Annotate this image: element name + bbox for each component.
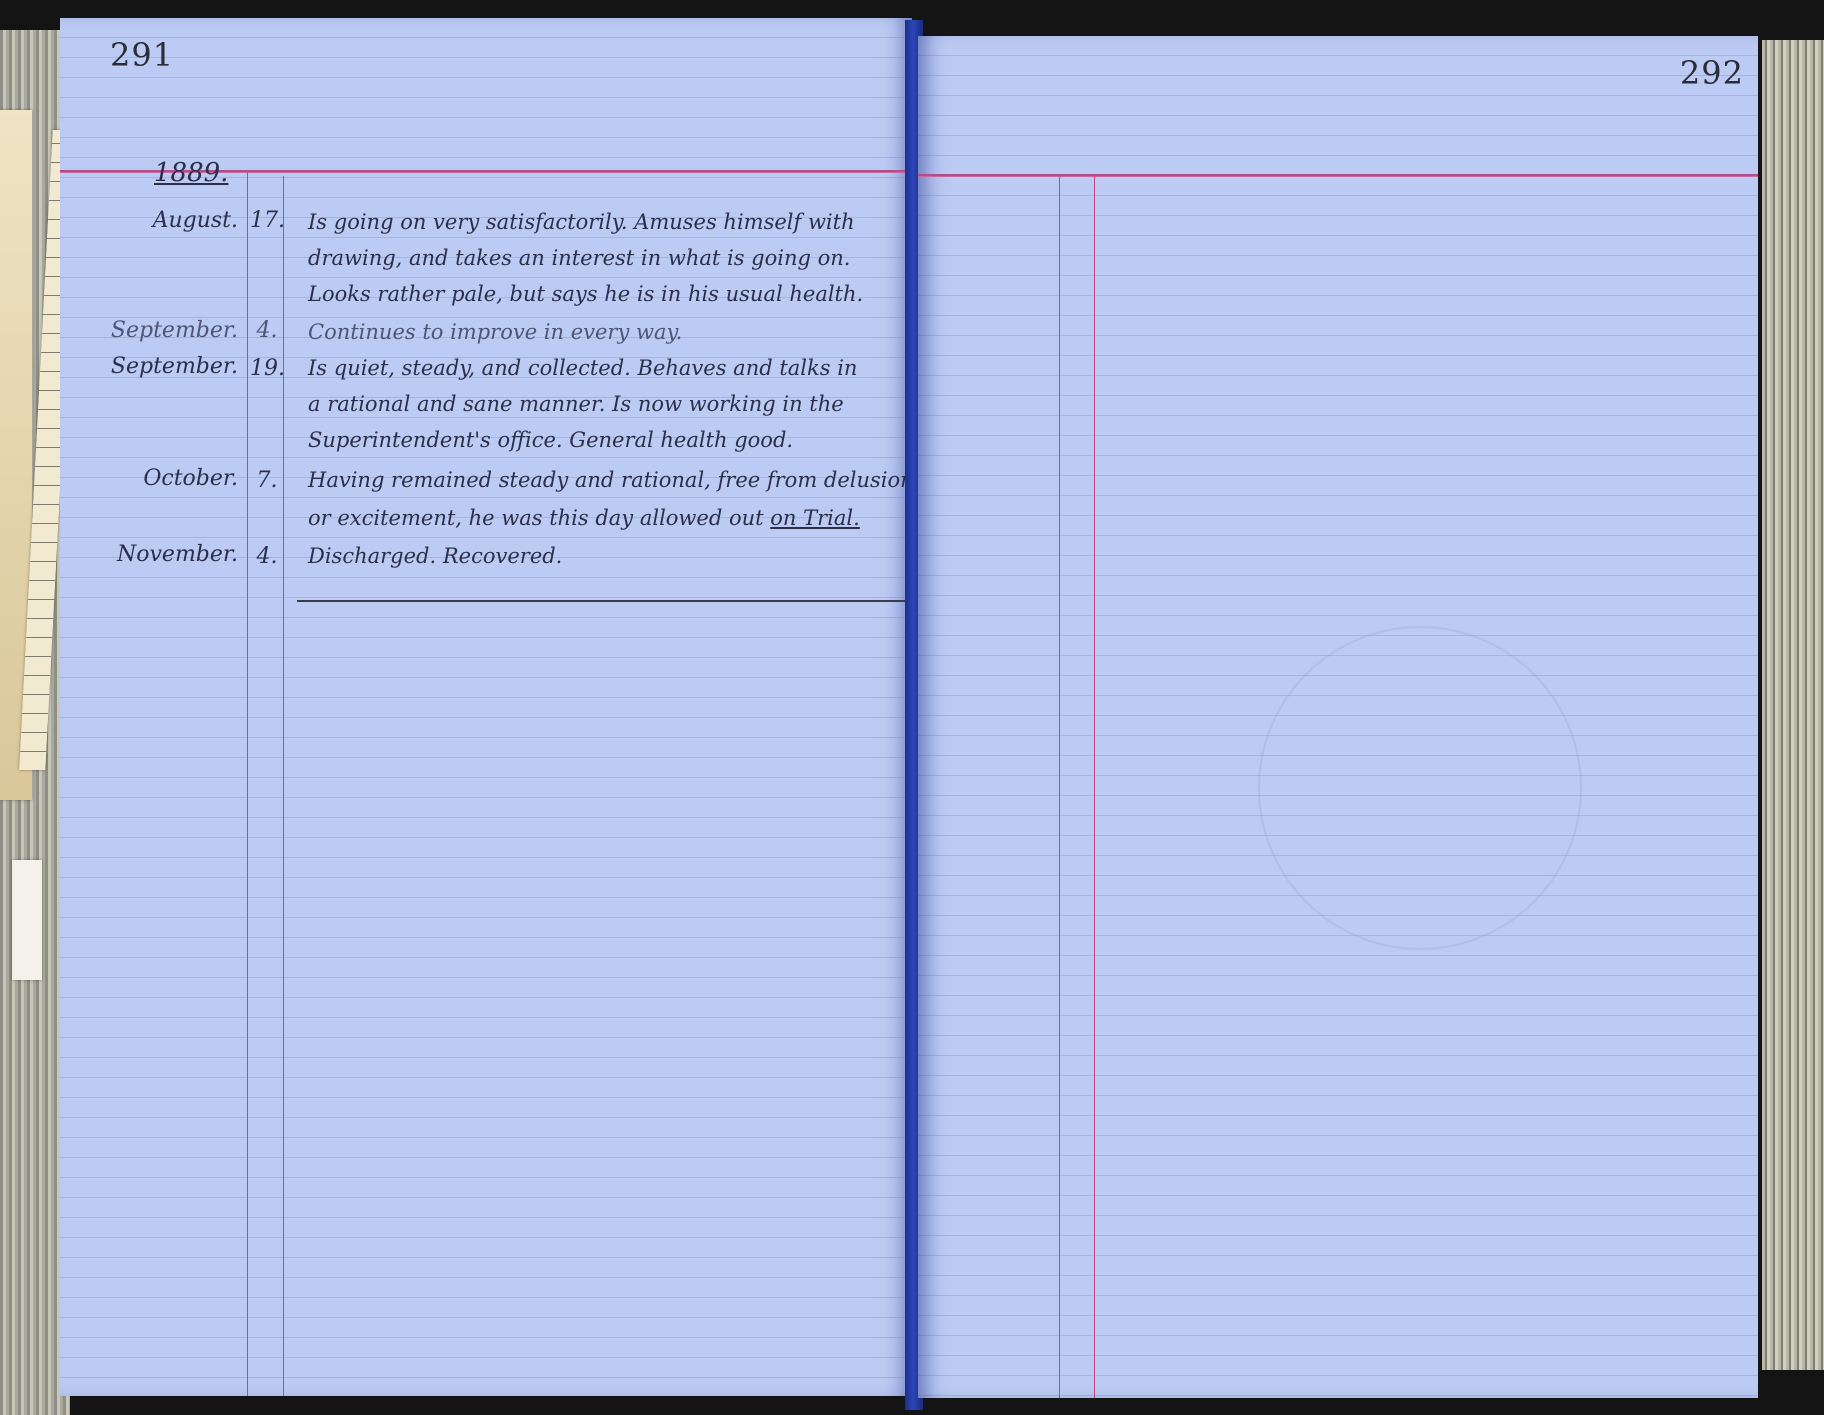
page-number: 291 — [110, 36, 174, 74]
left-page: 291 1889. August. 17. Is going on very s… — [60, 18, 912, 1396]
day-column-rule — [1094, 174, 1095, 1398]
entry-day: 7. — [250, 468, 284, 493]
entry-text-fragment: or excitement, he was this day allowed o… — [308, 506, 764, 530]
date-column-rule — [247, 170, 248, 1396]
entry-day: 17. — [250, 208, 284, 233]
open-ledger-book: 291 1889. August. 17. Is going on very s… — [0, 0, 1824, 1415]
year-heading: 1889. — [154, 158, 228, 188]
entry-day: 4. — [250, 318, 284, 343]
page-number: 292 — [1680, 54, 1744, 92]
entry-text-line: Superintendent's office. General health … — [308, 428, 793, 452]
entry-month: October. — [88, 466, 238, 491]
closing-rule — [297, 600, 905, 602]
entry-month: August. — [88, 208, 238, 233]
inserted-paper-slip — [12, 860, 42, 980]
entry-text-line: Is quiet, steady, and collected. Behaves… — [308, 356, 857, 380]
entry-text-line: or excitement, he was this day allowed o… — [308, 506, 860, 530]
entry-day: 19. — [250, 356, 284, 381]
entry-text-line: Is going on very satisfactorily. Amuses … — [308, 210, 855, 234]
entry-text-line: a rational and sane manner. Is now worki… — [308, 392, 844, 416]
entry-day: 4. — [250, 544, 284, 569]
date-column-rule — [1059, 174, 1060, 1398]
entry-month: September. — [88, 354, 238, 379]
faint-embossed-seal — [1258, 626, 1582, 950]
header-rule — [918, 174, 1758, 177]
entry-text-line: drawing, and takes an interest in what i… — [308, 246, 850, 270]
entry-month: November. — [88, 542, 238, 567]
right-page: 292 — [918, 36, 1758, 1398]
entry-text-line: Looks rather pale, but says he is in his… — [308, 282, 863, 306]
right-page-block-edge — [1762, 40, 1824, 1370]
on-trial-underlined-text: on Trial. — [770, 506, 860, 530]
entry-text-line: Having remained steady and rational, fre… — [308, 468, 912, 492]
entry-month: September. — [88, 318, 238, 343]
entry-text-line: Continues to improve in every way. — [308, 320, 682, 344]
entry-text-line: Discharged. Recovered. — [308, 544, 562, 568]
